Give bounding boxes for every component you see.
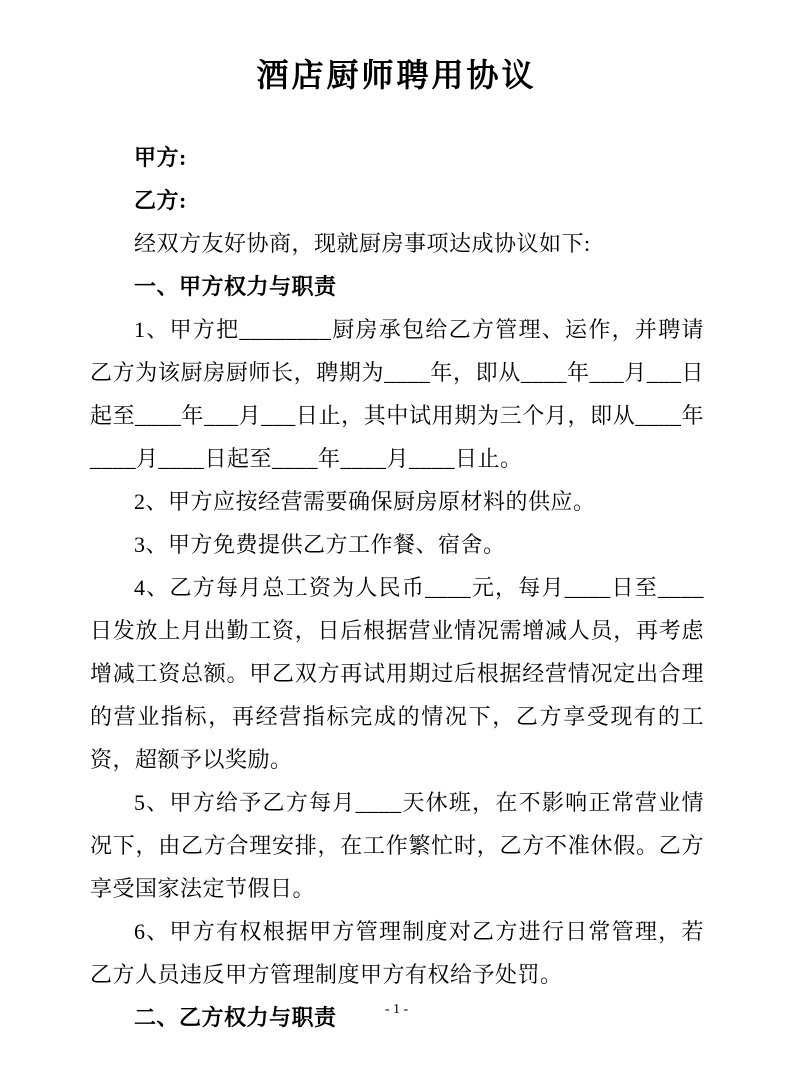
section-1-heading: 一、甲方权力与职责: [90, 265, 704, 308]
clause-3: 3、甲方免费提供乙方工作餐、宿舍。: [90, 523, 704, 566]
clause-2: 2、甲方应按经营需要确保厨房原材料的供应。: [90, 480, 704, 523]
document-page: 酒店厨师聘用协议 甲方: 乙方: 经双方友好协商，现就厨房事项达成协议如下: 一…: [0, 0, 793, 1078]
clause-1: 1、甲方把________厨房承包给乙方管理、运作，并聘请乙方为该厨房厨师长，聘…: [90, 308, 704, 480]
intro-line: 经双方友好协商，现就厨房事项达成协议如下:: [90, 222, 704, 265]
document-body: 甲方: 乙方: 经双方友好协商，现就厨房事项达成协议如下: 一、甲方权力与职责 …: [90, 136, 704, 1039]
party-a-line: 甲方:: [90, 136, 704, 179]
clause-6: 6、甲方有权根据甲方管理制度对乙方进行日常管理，若乙方人员违反甲方管理制度甲方有…: [90, 910, 704, 996]
clause-4: 4、乙方每月总工资为人民币____元，每月____日至____日发放上月出勤工资…: [90, 566, 704, 781]
page-number: - 1 -: [0, 1000, 793, 1020]
clause-5: 5、甲方给予乙方每月____天休班，在不影响正常营业情况下，由乙方合理安排，在工…: [90, 781, 704, 910]
document-title: 酒店厨师聘用协议: [0, 54, 793, 96]
party-b-line: 乙方:: [90, 179, 704, 222]
